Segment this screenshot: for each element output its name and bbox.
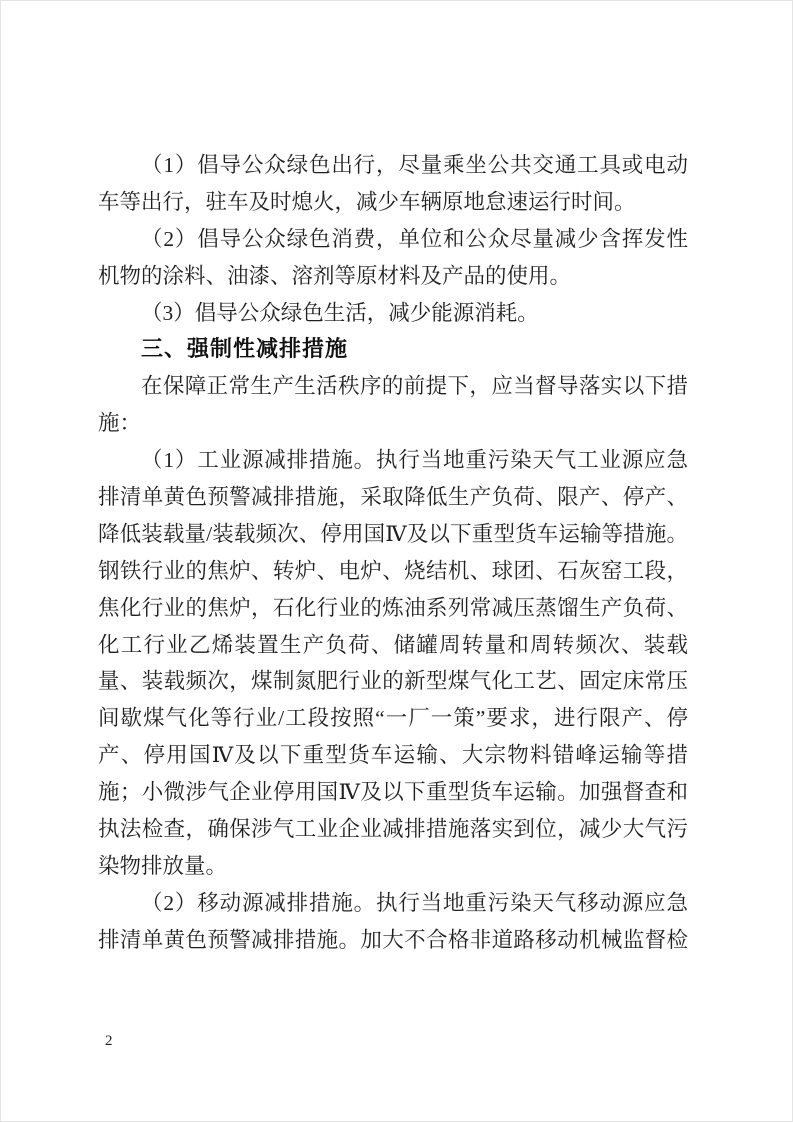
text-line: 量、装载频次，煤制氮肥行业的新型煤气化工艺、固定床常压 xyxy=(98,663,688,700)
text-line: 排清单黄色预警减排措施。加大不合格非道路移动机械监督检 xyxy=(98,922,688,959)
text-line: 降低装载量/装载频次、停用国Ⅳ及以下重型货车运输等措施。 xyxy=(98,516,688,553)
section-heading: 三、强制性减排措施 xyxy=(98,331,688,368)
document-body: （1）倡导公众绿色出行，尽量乘坐公共交通工具或电动汽车等出行，驻车及时熄火，减少… xyxy=(98,147,688,959)
text-line: 化工行业乙烯装置生产负荷、储罐周转量和周转频次、装载 xyxy=(98,627,688,664)
text-line: 施： xyxy=(98,405,688,442)
text-line: 间歇煤气化等行业/工段按照“一厂一策”要求，进行限产、停 xyxy=(98,700,688,737)
text-line: 产、停用国Ⅳ及以下重型货车运输、大宗物料错峰运输等措 xyxy=(98,737,688,774)
text-line: 排清单黄色预警减排措施，采取降低生产负荷、限产、停产、 xyxy=(98,479,688,516)
text-line: （2）倡导公众绿色消费，单位和公众尽量减少含挥发性有 xyxy=(98,221,688,258)
text-line: （3）倡导公众绿色生活，减少能源消耗。 xyxy=(98,295,688,332)
text-line: （1）倡导公众绿色出行，尽量乘坐公共交通工具或电动汽 xyxy=(98,147,688,184)
page-number: 2 xyxy=(105,1031,113,1051)
text-line: （1）工业源减排措施。执行当地重污染天气工业源应急减 xyxy=(98,442,688,479)
document-page: （1）倡导公众绿色出行，尽量乘坐公共交通工具或电动汽车等出行，驻车及时熄火，减少… xyxy=(0,0,793,1122)
text-line: 钢铁行业的焦炉、转炉、电炉、烧结机、球团、石灰窑工段， xyxy=(98,553,688,590)
text-line: （2）移动源减排措施。执行当地重污染天气移动源应急减 xyxy=(98,885,688,922)
text-line: 施；小微涉气企业停用国Ⅳ及以下重型货车运输。加强督查和 xyxy=(98,774,688,811)
text-line: 机物的涂料、油漆、溶剂等原材料及产品的使用。 xyxy=(98,258,688,295)
text-line: 焦化行业的焦炉，石化行业的炼油系列常减压蒸馏生产负荷、 xyxy=(98,590,688,627)
text-line: 执法检查，确保涉气工业企业减排措施落实到位，减少大气污 xyxy=(98,811,688,848)
text-line: 车等出行，驻车及时熄火，减少车辆原地怠速运行时间。 xyxy=(98,184,688,221)
text-line: 染物排放量。 xyxy=(98,848,688,885)
text-line: 在保障正常生产生活秩序的前提下，应当督导落实以下措 xyxy=(98,368,688,405)
